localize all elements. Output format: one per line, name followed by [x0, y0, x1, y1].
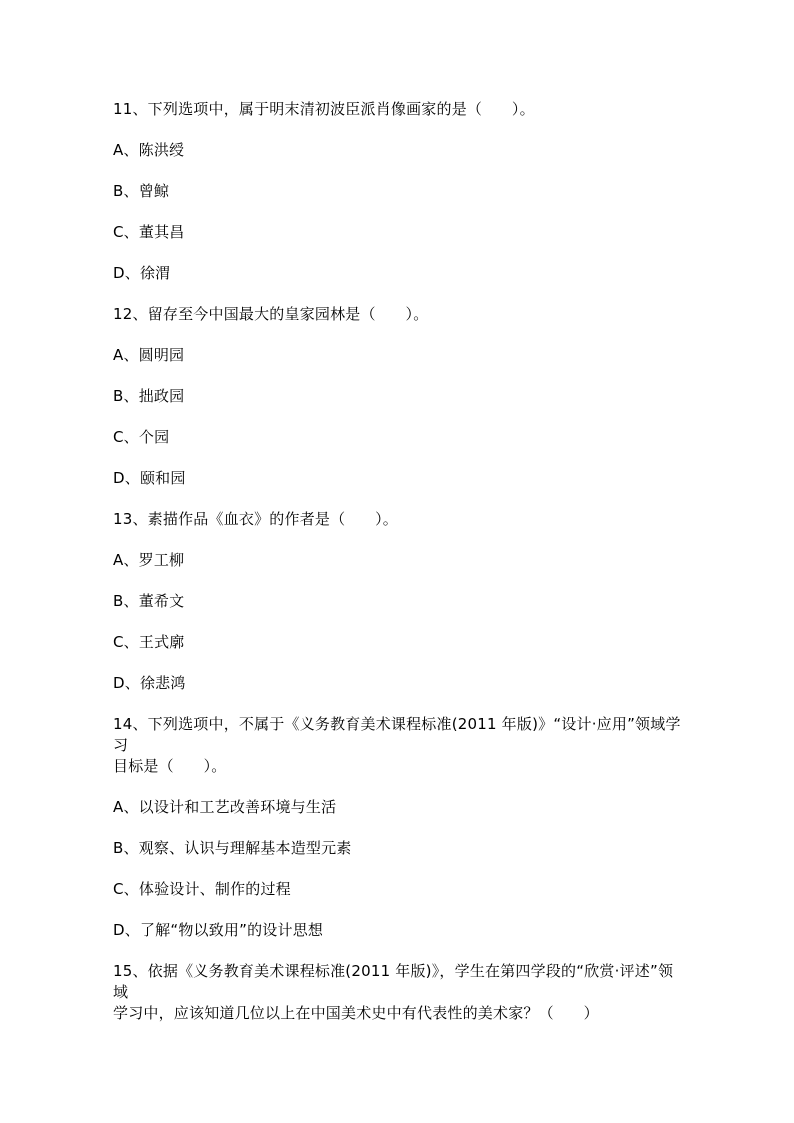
question-11-option-b: B、曾鲸 [113, 181, 686, 202]
question-14: 14、下列选项中，不属于《义务教育美术课程标准(2011 年版)》“设计·应用”… [113, 714, 686, 941]
question-14-option-b: B、观察、认识与理解基本造型元素 [113, 838, 686, 859]
question-14-option-d: D、了解“物以致用”的设计思想 [113, 920, 686, 941]
question-13-text: 13、素描作品《血衣》的作者是（ ）。 [113, 509, 686, 530]
question-12: 12、留存至今中国最大的皇家园林是（ ）。 A、圆明园 B、拙政园 C、个园 D… [113, 304, 686, 489]
question-13: 13、素描作品《血衣》的作者是（ ）。 A、罗工柳 B、董希文 C、王式廓 D、… [113, 509, 686, 694]
exam-document-page: 11、下列选项中，属于明末清初波臣派肖像画家的是（ ）。 A、陈洪绶 B、曾鲸 … [0, 0, 794, 1123]
question-13-option-d: D、徐悲鸿 [113, 673, 686, 694]
question-14-option-c: C、体验设计、制作的过程 [113, 879, 686, 900]
question-14-text-line-2: 目标是（ ）。 [113, 756, 686, 777]
question-11-option-c: C、董其昌 [113, 222, 686, 243]
question-12-option-a: A、圆明园 [113, 345, 686, 366]
question-14-text-line-1: 14、下列选项中，不属于《义务教育美术课程标准(2011 年版)》“设计·应用”… [113, 714, 686, 756]
question-12-option-b: B、拙政园 [113, 386, 686, 407]
question-12-option-c: C、个园 [113, 427, 686, 448]
question-12-option-d: D、颐和园 [113, 468, 686, 489]
question-13-option-b: B、董希文 [113, 591, 686, 612]
question-13-option-c: C、王式廓 [113, 632, 686, 653]
question-13-option-a: A、罗工柳 [113, 550, 686, 571]
question-15-text-line-2: 学习中，应该知道几位以上在中国美术史中有代表性的美术家？（ ） [113, 1003, 686, 1024]
question-11-option-d: D、徐渭 [113, 263, 686, 284]
question-11-option-a: A、陈洪绶 [113, 140, 686, 161]
question-15-text: 15、依据《义务教育美术课程标准(2011 年版)》，学生在第四学段的“欣赏·评… [113, 961, 686, 1024]
question-15: 15、依据《义务教育美术课程标准(2011 年版)》，学生在第四学段的“欣赏·评… [113, 961, 686, 1024]
question-15-text-line-1: 15、依据《义务教育美术课程标准(2011 年版)》，学生在第四学段的“欣赏·评… [113, 961, 686, 1003]
question-12-text: 12、留存至今中国最大的皇家园林是（ ）。 [113, 304, 686, 325]
question-11-text: 11、下列选项中，属于明末清初波臣派肖像画家的是（ ）。 [113, 99, 686, 120]
question-14-option-a: A、以设计和工艺改善环境与生活 [113, 797, 686, 818]
question-11: 11、下列选项中，属于明末清初波臣派肖像画家的是（ ）。 A、陈洪绶 B、曾鲸 … [113, 99, 686, 284]
question-14-text: 14、下列选项中，不属于《义务教育美术课程标准(2011 年版)》“设计·应用”… [113, 714, 686, 777]
